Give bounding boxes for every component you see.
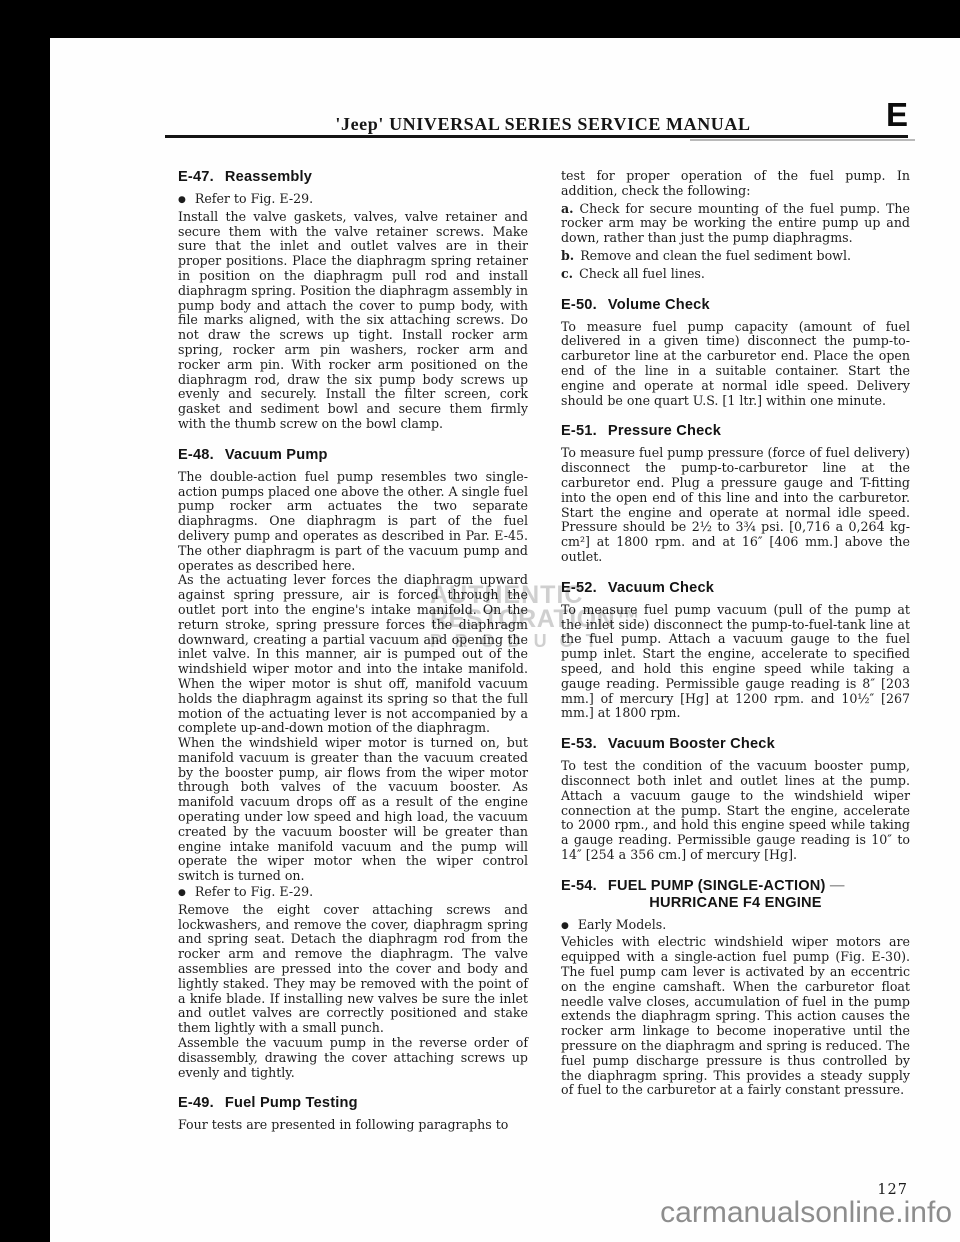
section-number: E-53. xyxy=(561,736,597,752)
right-column: test for proper operation of the fuel pu… xyxy=(561,163,910,1098)
section-title-line1: E-54.FUEL PUMP (SINGLE-ACTION) — xyxy=(561,878,910,895)
paragraph: As the actuating lever forces the diaphr… xyxy=(178,573,528,736)
section-number: E-51. xyxy=(561,423,597,439)
manual-page: 'Jeep' UNIVERSAL SERIES SERVICE MANUAL E… xyxy=(0,0,960,1242)
figure-reference: ●Refer to Fig. E-29. xyxy=(178,192,528,208)
checklist-item-b: b.Remove and clean the fuel sediment bow… xyxy=(561,249,910,264)
section-title: Volume Check xyxy=(608,297,710,313)
header-rule-smudge xyxy=(690,139,915,141)
bullet-icon: ● xyxy=(561,921,569,931)
section-heading-e53: E-53.Vacuum Booster Check xyxy=(561,736,910,753)
section-number: E-47. xyxy=(178,169,214,185)
item-letter: a. xyxy=(561,201,574,216)
section-title: Vacuum Booster Check xyxy=(608,736,775,752)
section-number: E-50. xyxy=(561,297,597,313)
bullet-icon: ● xyxy=(178,888,186,898)
figure-reference: ●Refer to Fig. E-29. xyxy=(178,885,528,901)
model-note-text: Early Models. xyxy=(578,917,666,932)
section-number: E-48. xyxy=(178,447,214,463)
bullet-icon: ● xyxy=(178,195,186,205)
paragraph: Install the valve gaskets, valves, valve… xyxy=(178,210,528,432)
scan-edge-left xyxy=(0,0,50,1242)
section-heading-e54: E-54.FUEL PUMP (SINGLE-ACTION) — HURRICA… xyxy=(561,878,910,912)
section-title: Vacuum Pump xyxy=(225,447,328,463)
site-watermark: carmanualsonline.info xyxy=(580,1196,952,1230)
checklist-item-c: c.Check all fuel lines. xyxy=(561,267,910,282)
item-text: Remove and clean the fuel sediment bowl. xyxy=(580,248,851,263)
section-heading-e52: E-52.Vacuum Check xyxy=(561,580,910,597)
paragraph: The double-action fuel pump resembles tw… xyxy=(178,470,528,574)
paragraph: test for proper operation of the fuel pu… xyxy=(561,169,910,199)
figure-reference-text: Refer to Fig. E-29. xyxy=(195,884,313,899)
section-heading-e51: E-51.Pressure Check xyxy=(561,423,910,440)
scan-edge-top xyxy=(0,0,960,38)
checklist-item-a: a.Check for secure mounting of the fuel … xyxy=(561,202,910,246)
section-title: Pressure Check xyxy=(608,423,721,439)
section-heading-e48: E-48.Vacuum Pump xyxy=(178,447,528,464)
section-letter: E xyxy=(886,98,908,132)
section-number: E-49. xyxy=(178,1095,214,1111)
section-title-line2: HURRICANE F4 ENGINE xyxy=(561,895,910,912)
left-column: E-47.Reassembly ●Refer to Fig. E-29. Ins… xyxy=(178,163,528,1133)
paragraph: Remove the eight cover attaching screws … xyxy=(178,903,528,1036)
paragraph: To measure fuel pump vacuum (pull of the… xyxy=(561,603,910,721)
section-title: FUEL PUMP (SINGLE-ACTION) xyxy=(608,878,826,894)
paragraph: Four tests are presented in following pa… xyxy=(178,1118,528,1133)
paragraph: To measure fuel pump pressure (force of … xyxy=(561,446,910,564)
paragraph: To test the condition of the vacuum boos… xyxy=(561,759,910,863)
item-letter: b. xyxy=(561,248,574,263)
paragraph: Vehicles with electric windshield wiper … xyxy=(561,935,910,1098)
paragraph: To measure fuel pump capacity (amount of… xyxy=(561,320,910,409)
paragraph: Assemble the vacuum pump in the reverse … xyxy=(178,1036,528,1080)
section-heading-e47: E-47.Reassembly xyxy=(178,169,528,186)
header-rule xyxy=(165,135,908,138)
item-letter: c. xyxy=(561,266,573,281)
section-number: E-52. xyxy=(561,580,597,596)
item-text: Check all fuel lines. xyxy=(579,266,705,281)
heading-dash: — xyxy=(830,878,845,894)
section-title: Reassembly xyxy=(225,169,312,185)
section-title: Vacuum Check xyxy=(608,580,714,596)
model-note: ●Early Models. xyxy=(561,918,910,934)
manual-title: 'Jeep' UNIVERSAL SERIES SERVICE MANUAL xyxy=(178,114,908,135)
item-text: Check for secure mounting of the fuel pu… xyxy=(561,201,910,246)
section-heading-e50: E-50.Volume Check xyxy=(561,297,910,314)
figure-reference-text: Refer to Fig. E-29. xyxy=(195,191,313,206)
section-heading-e49: E-49.Fuel Pump Testing xyxy=(178,1095,528,1112)
paragraph: When the windshield wiper motor is turne… xyxy=(178,736,528,884)
section-title: Fuel Pump Testing xyxy=(225,1095,358,1111)
section-number: E-54. xyxy=(561,878,597,894)
